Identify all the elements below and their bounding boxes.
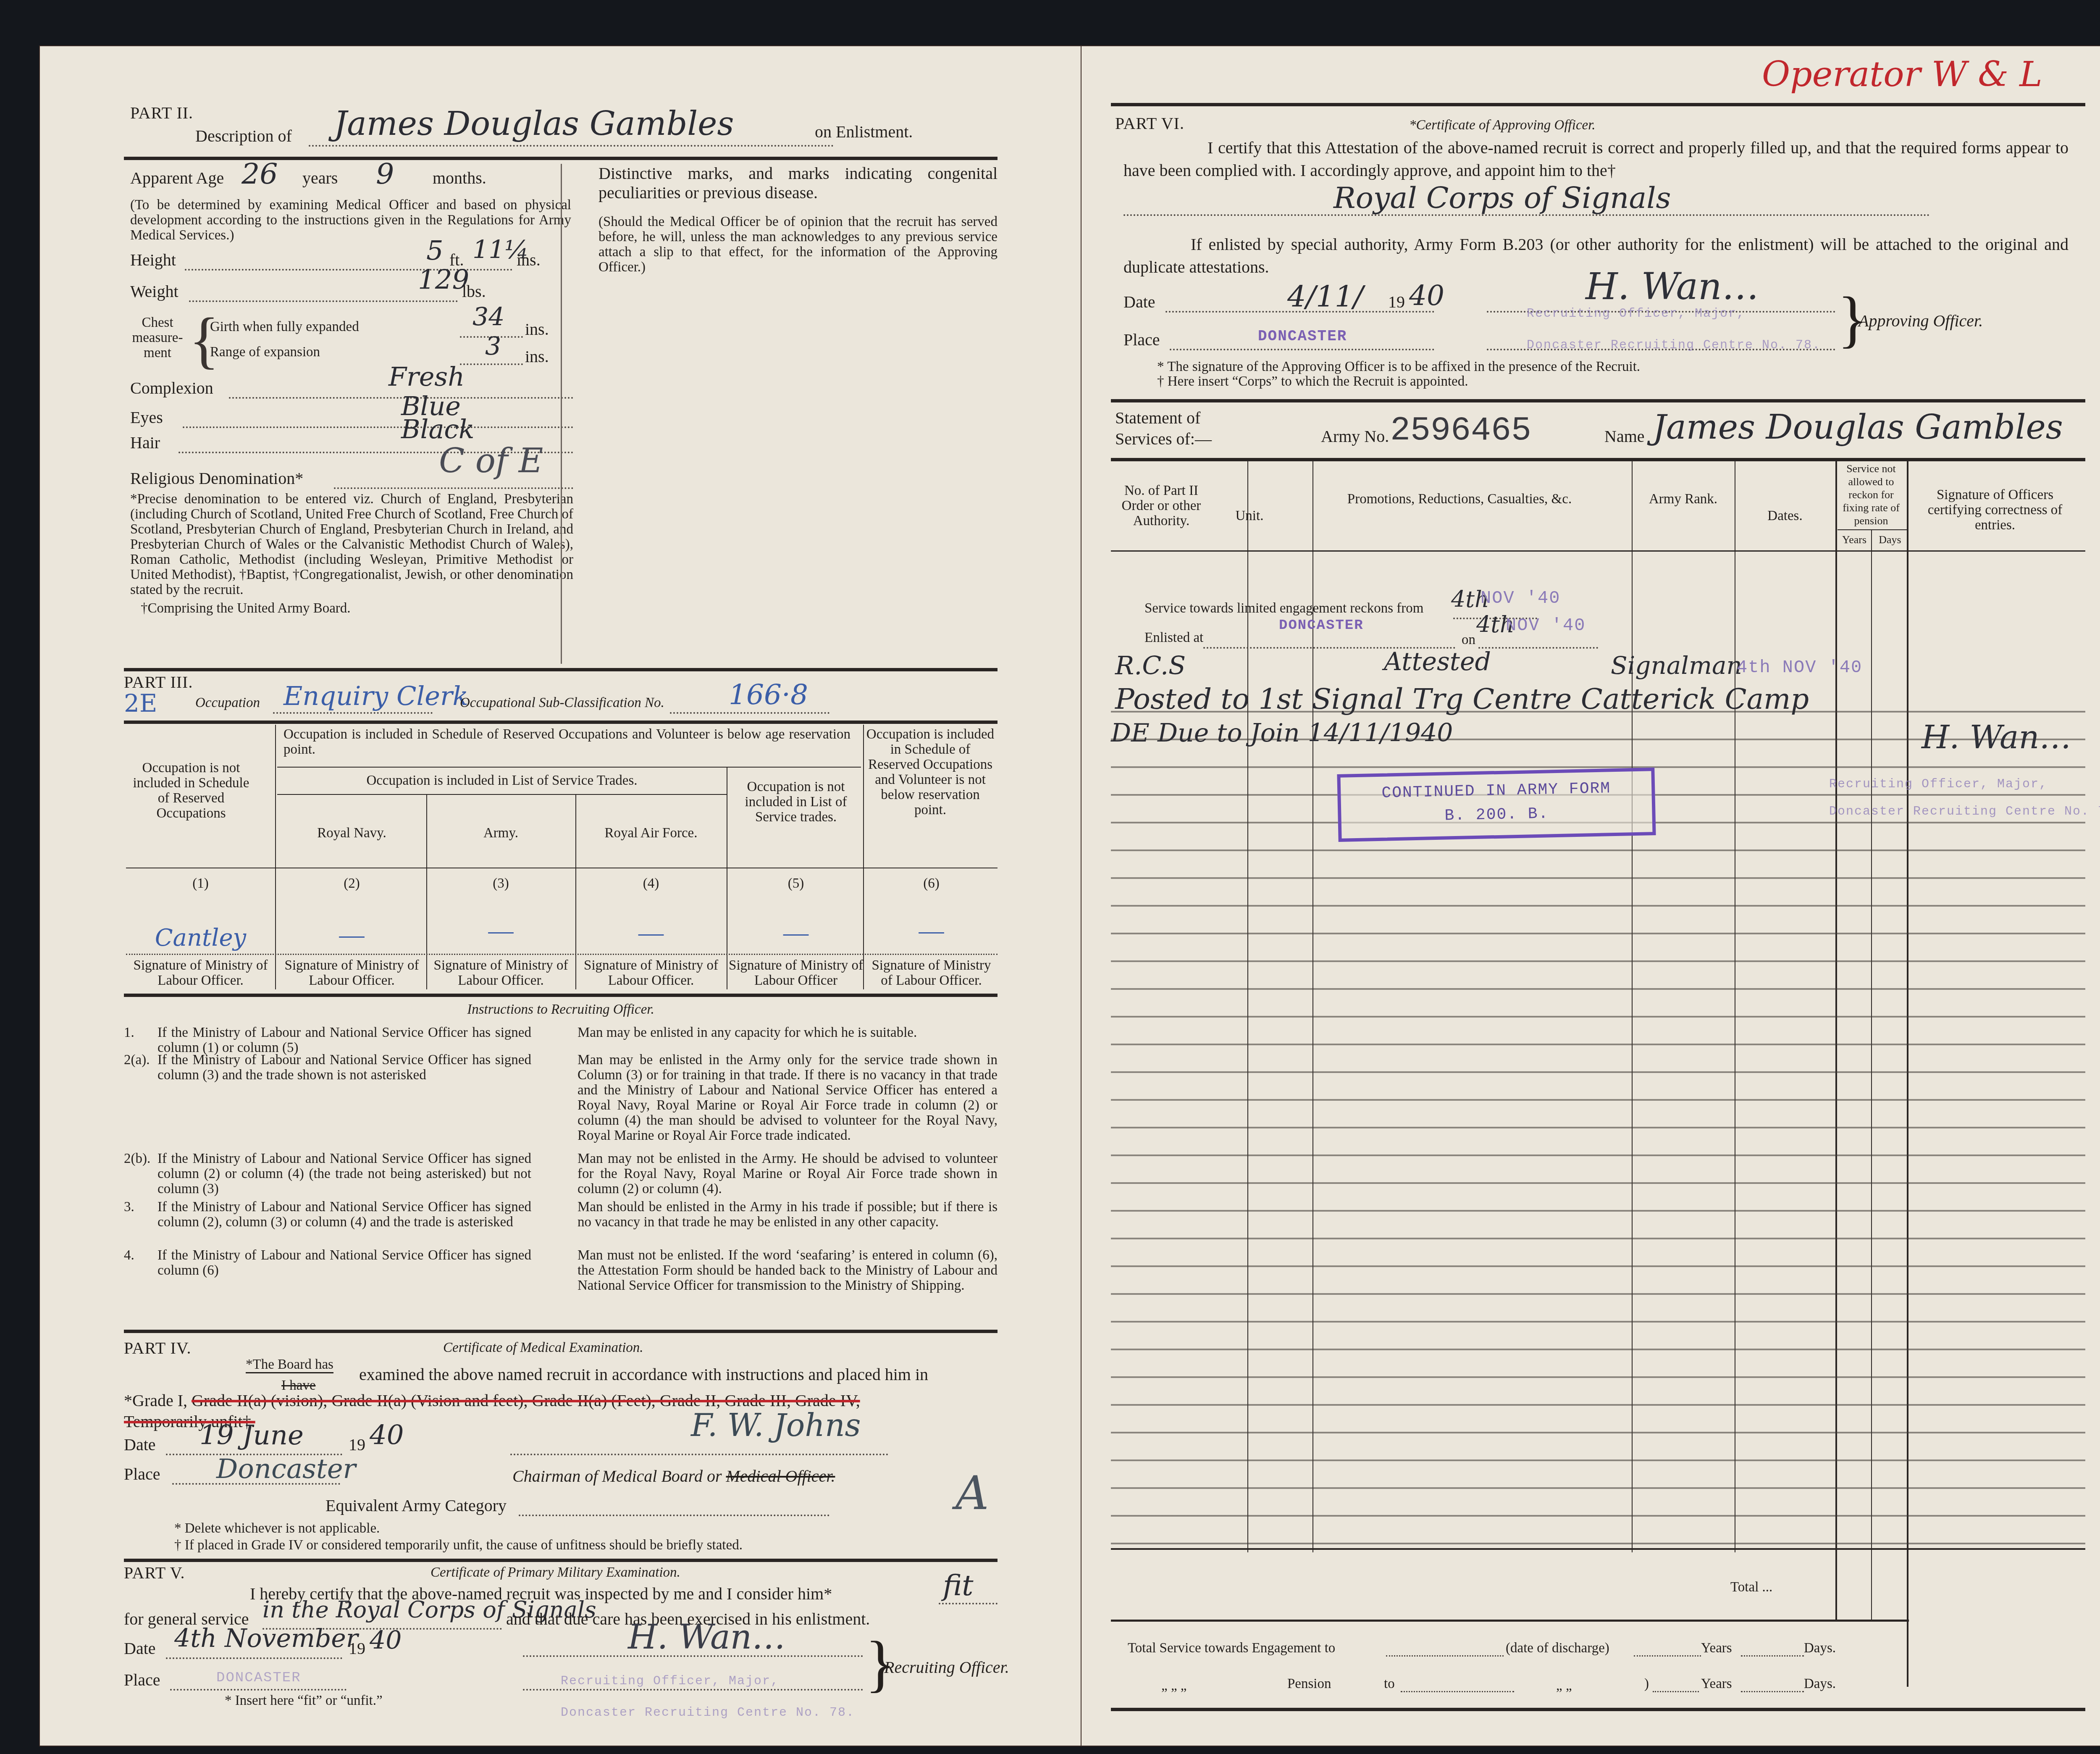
year-suffix[interactable]: 40 [370, 1626, 402, 1655]
ins-label: ins. [525, 319, 549, 339]
col6-entry[interactable]: — [865, 916, 997, 945]
army-number[interactable]: 2596465 [1390, 412, 1531, 450]
weight-dotline [189, 300, 458, 302]
col2-entry[interactable]: — [277, 920, 426, 949]
approval-date[interactable]: 4/11/ [1287, 279, 1363, 314]
entry-promotion[interactable]: Attested [1384, 647, 1491, 676]
subclass-value[interactable]: 166·8 [729, 678, 808, 711]
header-service-not-allowed: Service not allowed to reckon for fixing… [1837, 462, 1905, 527]
complexion-value[interactable]: Fresh [388, 361, 465, 392]
statement-name[interactable]: James Douglas Gambles [1653, 408, 2063, 447]
complexion-label: Complexion [130, 378, 213, 398]
place-stamp: DONCASTER [216, 1670, 301, 1686]
header-bottom-line [1111, 550, 2085, 552]
part5-date[interactable]: 4th November [174, 1624, 358, 1653]
certifying-officer-signature[interactable]: H. Wan… [1921, 718, 2071, 756]
on-dotline [1478, 647, 1598, 649]
col-number: (2) [277, 876, 426, 891]
medical-place[interactable]: Doncaster [216, 1454, 356, 1485]
medical-signature[interactable]: F. W. Johns [691, 1407, 861, 1444]
operator-annotation[interactable]: Operator W & L [1762, 55, 2042, 95]
years-dotline [1634, 1655, 1701, 1657]
ditto-marks: „ „ [1556, 1678, 1572, 1694]
col-number: (1) [126, 876, 275, 891]
age-months[interactable]: 9 [376, 158, 394, 191]
posting-entry[interactable]: Posted to 1st Signal Trg Centre Catteric… [1115, 683, 1809, 716]
instructions-title: Instructions to Recruiting Officer. [124, 1002, 997, 1017]
part6-label: PART VI. [1115, 113, 1184, 133]
hair-label: Hair [130, 433, 160, 452]
divider [124, 1559, 997, 1562]
officer-stamp-line1: Recruiting Officer, Major, [1829, 777, 2047, 792]
col-line [277, 794, 727, 795]
date-label: Date [124, 1435, 156, 1454]
instruction-condition: If the Ministry of Labour and National S… [157, 1052, 531, 1151]
reckons-label: Service towards limited engagement recko… [1144, 601, 1423, 616]
instruction-item: 2(a). If the Ministry of Labour and Nati… [124, 1052, 997, 1151]
recruiting-officer-signature[interactable]: H. Wan… [628, 1617, 785, 1657]
instruction-action: Man may be enlisted in the Army only for… [577, 1052, 997, 1151]
statement-label: Statement of Services of:— [1115, 408, 1254, 450]
divider [124, 994, 997, 997]
total-label: Total ... [1730, 1580, 1772, 1595]
continued-stamp: CONTINUED IN ARMY FORM B. 200. B. [1337, 768, 1656, 842]
divider [124, 1330, 997, 1333]
instruction-num: 2(b). [124, 1151, 157, 1199]
part4-title: Certificate of Medical Examination. [443, 1340, 643, 1355]
col-line [126, 868, 997, 868]
service-trades-header: Occupation is included in List of Servic… [277, 773, 727, 788]
header-days: Days [1873, 534, 1907, 546]
entry-unit[interactable]: R.C.S [1115, 651, 1186, 681]
close-paren: ) [1644, 1676, 1649, 1691]
recruit-name[interactable]: James Douglas Gambles [334, 105, 734, 143]
col-number: (3) [426, 876, 575, 891]
range-dotline [460, 363, 523, 365]
continued-stamp-line1: CONTINUED IN ARMY FORM [1341, 778, 1652, 803]
height-ft[interactable]: 5 [426, 235, 444, 266]
occupation-dotline [273, 712, 433, 714]
rows-bottom-line [1111, 1548, 2085, 1550]
religion-dotline [334, 487, 573, 489]
subclass-dotline [670, 712, 829, 714]
year-prefix: 19 [349, 1638, 365, 1658]
religion-note: *Precise denomination to be entered viz.… [130, 492, 573, 597]
occupation-label: Occupation [195, 695, 260, 710]
col-line [863, 725, 864, 989]
fit-dotline [939, 1603, 997, 1604]
col4-header: Royal Air Force. [575, 826, 727, 841]
year-prefix: 19 [1388, 292, 1405, 312]
header-unit: Unit. [1216, 508, 1283, 523]
instruction-condition: If the Ministry of Labour and National S… [157, 1151, 531, 1199]
engagement-dotline [1386, 1655, 1504, 1657]
instruction-condition: If the Ministry of Labour and National S… [157, 1199, 531, 1248]
days-label: Days. [1804, 1676, 1836, 1691]
grade-kept: *Grade I, [124, 1391, 187, 1410]
header-officer-signature: Signature of Officers certifying correct… [1911, 487, 2079, 533]
instruction-item: 3. If the Ministry of Labour and Nationa… [124, 1199, 997, 1248]
instruction-condition: If the Ministry of Labour and National S… [157, 1025, 531, 1052]
col4-entry[interactable]: — [575, 918, 727, 947]
part6-title: *Certificate of Approving Officer. [1409, 118, 1596, 133]
col3-entry[interactable]: — [426, 916, 575, 945]
occupation-value[interactable]: Enquiry Clerk [283, 681, 468, 711]
col2-header: Royal Navy. [277, 826, 426, 841]
continued-stamp-line2: B. 200. B. [1341, 802, 1652, 827]
entry-date[interactable]: 4th NOV '40 [1737, 657, 1862, 678]
col-number: (4) [575, 876, 727, 891]
years-label: Years [1701, 1676, 1732, 1691]
equiv-category-label: Equivalent Army Category [325, 1496, 507, 1515]
col-line [727, 767, 727, 989]
date-label: Date [1123, 292, 1155, 312]
header-promotions: Promotions, Reductions, Casualties, &c. [1291, 492, 1627, 507]
enlisted-date-stamp: NOV '40 [1506, 615, 1585, 636]
chairman-label: Chairman of Medical Board or [512, 1467, 722, 1486]
col-line [1837, 529, 1907, 530]
col5-header: Occupation is not included in List of Se… [731, 779, 861, 825]
signature-dotline [510, 1454, 888, 1455]
sig-label: Signature of Ministry of Labour Officer. [865, 958, 997, 988]
year-suffix[interactable]: 40 [370, 1420, 404, 1451]
chest-label: Chest measure-ment [130, 315, 185, 360]
part5-title: Certificate of Primary Military Examinat… [430, 1565, 680, 1580]
divider [1111, 458, 2085, 461]
officer-stamp-line2: Doncaster Recruiting Centre No. 78. [561, 1706, 855, 1720]
right-page: Operator W & L PART VI. *Certificate of … [1081, 46, 2100, 1746]
col-number: (6) [865, 876, 997, 891]
reckons-date-stamp: NOV '40 [1480, 588, 1560, 608]
instruction-num: 2(a). [124, 1052, 157, 1151]
ins-label: ins. [517, 250, 541, 270]
officer-stamp-line1: Recruiting Officer, Major, [561, 1674, 779, 1688]
name-dotline [309, 145, 834, 147]
fit-value[interactable]: fit [943, 1569, 974, 1602]
sig-label: Signature of Ministry of Labour Officer. [426, 958, 575, 988]
place-dotline [1170, 349, 1434, 350]
delete-note: * Delete whichever is not applicable. [174, 1521, 380, 1536]
instruction-num: 3. [124, 1199, 157, 1248]
weight-label: Weight [130, 281, 178, 301]
army-no-label: Army No. [1321, 426, 1389, 446]
religion-value[interactable]: C of E [439, 441, 543, 480]
col5-entry[interactable]: — [729, 918, 863, 947]
header-dates: Dates. [1735, 508, 1835, 523]
board-has: *The Board has [246, 1357, 333, 1373]
ins-label: ins. [525, 347, 549, 366]
recruiting-officer-label: Recruiting Officer. [884, 1657, 1009, 1677]
years-label: years [302, 168, 338, 188]
united-board-note: †Comprising the United Army Board. [141, 601, 351, 616]
signature-dotline [126, 954, 997, 955]
lbs-label: lbs. [462, 281, 486, 301]
col3-header: Army. [426, 826, 575, 841]
subclass-label: Occupational Sub-Classification No. [460, 695, 664, 710]
sig-label: Signature of Ministry of Labour Officer. [277, 958, 426, 988]
part3-code[interactable]: 2E [124, 689, 157, 718]
sig-label: Signature of Ministry of Labour Officer. [126, 958, 275, 988]
approving-officer-label: Approving Officer. [1858, 311, 1983, 331]
eyes-dotline [183, 426, 573, 428]
divider [124, 668, 997, 671]
instructions-list: 1. If the Ministry of Labour and Nationa… [124, 1025, 997, 1307]
weight-value[interactable]: 129 [418, 265, 469, 296]
col-line [275, 725, 276, 989]
reserved-group-header: Occupation is included in Schedule of Re… [283, 727, 850, 757]
range-label: Range of expansion [210, 344, 320, 360]
distinctive-marks-heading: Distinctive marks, and marks indicating … [598, 164, 997, 202]
part5-label: PART V. [124, 1563, 185, 1583]
place-label: Place [1123, 330, 1160, 350]
header-rank: Army Rank. [1634, 492, 1732, 507]
instruction-action: Man should be enlisted in the Army in hi… [577, 1199, 997, 1248]
sig-label: Signature of Ministry of Labour Officer [729, 958, 863, 988]
grade-iv-note: † If placed in Grade IV or considered te… [174, 1538, 743, 1553]
days-dotline [1741, 1655, 1804, 1657]
approving-note1: * The signature of the Approving Officer… [1157, 359, 1640, 374]
divider [1111, 399, 2085, 402]
date-label: Date [124, 1638, 156, 1658]
part4-label: PART IV. [124, 1338, 192, 1358]
eyes-label: Eyes [130, 408, 163, 427]
approving-officer-signature[interactable]: H. Wan… [1585, 265, 1759, 308]
girth-value[interactable]: 34 [472, 302, 504, 332]
examined-text: examined the above named recruit in acco… [359, 1365, 997, 1384]
height-label: Height [130, 250, 176, 270]
days-label: Days. [1804, 1641, 1836, 1656]
part2-label: PART II. [130, 103, 193, 123]
header-order: No. of Part II Order or other Authority. [1115, 483, 1207, 529]
officer-stamp-line2: Doncaster Recruiting Centre No. 78. [1527, 338, 1821, 352]
days-dotline [1741, 1691, 1804, 1692]
instruction-action: Man may not be enlisted in the Army. He … [577, 1151, 997, 1199]
description-prefix: Description of [195, 126, 292, 146]
months-label: months. [433, 168, 486, 188]
year-prefix: 19 [349, 1435, 365, 1454]
col6-header: Occupation is included in Schedule of Re… [865, 727, 995, 818]
age-label: Apparent Age [130, 168, 224, 188]
medical-date[interactable]: 19 June [199, 1420, 304, 1451]
name-label: Name [1604, 426, 1645, 446]
col1-signature[interactable]: Cantley [126, 924, 275, 952]
sig-label: Signature of Ministry of Labour Officer. [575, 958, 727, 988]
place-label: Place [124, 1464, 160, 1484]
category-mark[interactable]: A [955, 1466, 989, 1520]
hair-value[interactable]: Black [401, 414, 475, 444]
instruction-num: 1. [124, 1025, 157, 1052]
years-dotline [1653, 1691, 1699, 1692]
pension-label: Pension [1287, 1676, 1331, 1691]
date-discharge-label: (date of discharge) [1506, 1641, 1609, 1656]
marks-note: (Should the Medical Officer be of opinio… [598, 214, 997, 275]
range-value[interactable]: 3 [485, 332, 501, 361]
entry-rank[interactable]: Signalman [1611, 651, 1742, 680]
age-years[interactable]: 26 [241, 158, 278, 191]
girth-label: Girth when fully expanded [210, 319, 359, 334]
equiv-dotline [519, 1515, 829, 1516]
signature-dotline [523, 1689, 863, 1691]
approving-note2: † Here insert “Corps” to which the Recru… [1157, 374, 1468, 389]
col1-header: Occupation is not included in Schedule o… [126, 760, 256, 821]
chairman-line: Chairman of Medical Board or Medical Off… [512, 1466, 835, 1486]
instruction-item: 2(b). If the Ministry of Labour and Nati… [124, 1151, 997, 1199]
enlisted-label: Enlisted at [1144, 630, 1203, 645]
col-line [277, 767, 861, 768]
year-suffix[interactable]: 40 [1409, 279, 1444, 312]
ditto-marks: „ „ „ [1161, 1678, 1186, 1694]
header-years: Years [1837, 534, 1871, 546]
instruction-action: Man may be enlisted in any capacity for … [577, 1025, 997, 1052]
to-label: to [1384, 1676, 1395, 1691]
divider [124, 721, 997, 724]
officer-stamp-line2: Doncaster Recruiting Centre No. 78. [1829, 805, 2100, 819]
pension-dotline [1401, 1691, 1514, 1692]
place-label: Place [124, 1670, 160, 1690]
due-to-join-entry[interactable]: DE Due to Join 14/11/1940 [1111, 718, 1453, 748]
description-suffix: on Enlistment. [815, 122, 913, 142]
place-stamp: DONCASTER [1258, 328, 1347, 345]
instruction-action: Man must not be enlisted. If the word ‘s… [577, 1248, 997, 1307]
total-line [1111, 1620, 1909, 1622]
officer-stamp-line1: Recruiting Officer, Major, [1527, 307, 1745, 321]
fit-note: * Insert here “fit” or “unfit.” [225, 1693, 383, 1708]
total-service-label: Total Service towards Engagement to [1128, 1641, 1335, 1656]
date-dotline [166, 1657, 342, 1659]
on-label: on [1462, 632, 1475, 647]
instruction-num: 4. [124, 1248, 157, 1307]
instruction-item: 1. If the Ministry of Labour and Nationa… [124, 1025, 997, 1052]
place-dotline [170, 1689, 346, 1691]
appointed-corps[interactable]: Royal Corps of Signals [1333, 181, 1671, 215]
column-divider [561, 164, 562, 664]
enlisted-place-stamp: DONCASTER [1279, 618, 1364, 634]
religion-label: Religious Denomination* [130, 468, 303, 488]
certify-text: I certify that this Attestation of the a… [1123, 137, 2068, 182]
col-number: (5) [729, 876, 863, 891]
left-page: PART II. Description of James Douglas Ga… [40, 46, 1081, 1746]
instruction-condition: If the Ministry of Labour and National S… [157, 1248, 531, 1307]
medical-officer-struck: Medical Officer. [726, 1467, 835, 1486]
years-label: Years [1701, 1641, 1732, 1656]
divider [1111, 103, 2085, 106]
divider [1111, 1708, 2085, 1711]
instruction-item: 4. If the Ministry of Labour and Nationa… [124, 1248, 997, 1307]
